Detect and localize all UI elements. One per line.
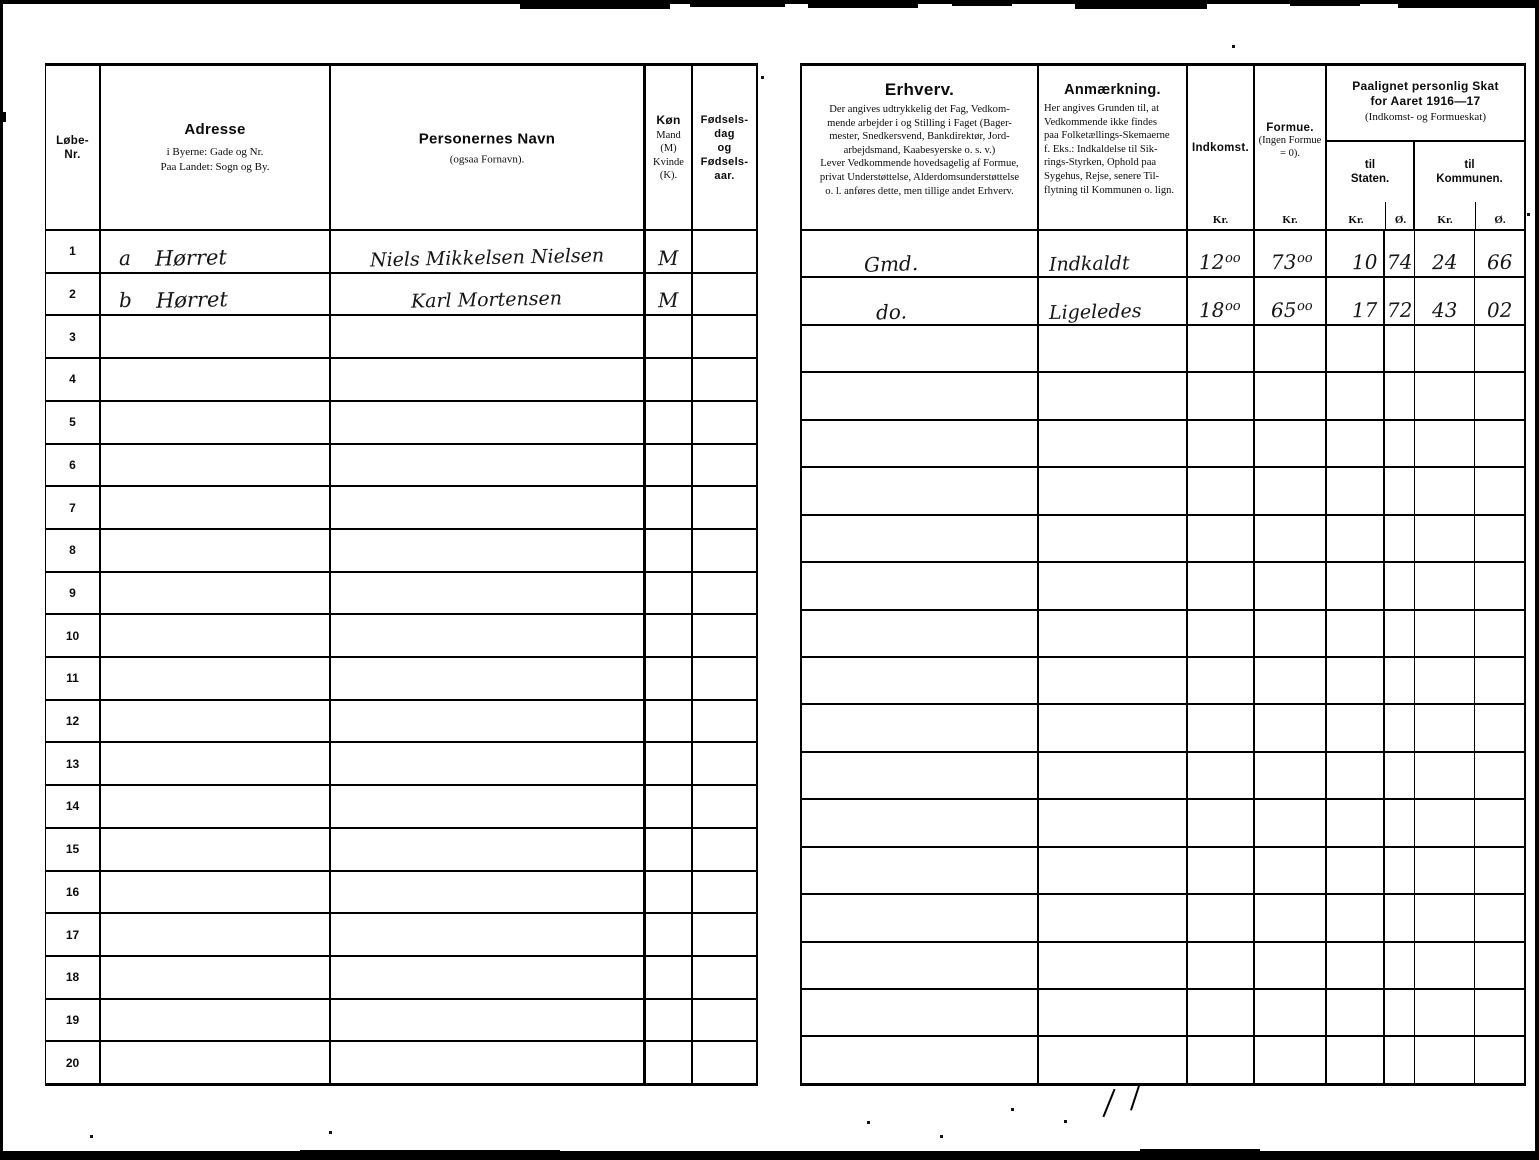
cell-anmaerkning: Ligeledes [1039, 278, 1188, 323]
cell-staten-kr: 10 [1327, 231, 1385, 276]
cell-erhverv [802, 563, 1039, 608]
cell-fodselsdag [693, 487, 756, 528]
cell-fodselsdag [693, 701, 756, 742]
cell-formue [1255, 800, 1327, 845]
cell-erhverv [802, 990, 1039, 1035]
cell-indkomst: 18oo [1188, 278, 1255, 323]
table-row: 5 [46, 402, 756, 445]
cell-indkomst [1188, 800, 1255, 845]
table-row: 20 [46, 1042, 756, 1083]
handwritten-indkomst: 12 [1199, 252, 1225, 273]
cell-formue [1255, 705, 1327, 750]
cell-anmaerkning [1039, 895, 1188, 940]
cell-navn [331, 914, 646, 955]
cell-fodselsdag [693, 402, 756, 443]
cell-fodselsdag [693, 573, 756, 614]
table-row: 14 [46, 786, 756, 829]
cell-kon: M [646, 274, 693, 315]
row-number: 2 [46, 287, 99, 301]
handwritten-formue-zeros: oo [1297, 252, 1313, 265]
cell-navn [331, 402, 646, 443]
cell-formue [1255, 753, 1327, 798]
table-row [802, 611, 1524, 658]
row-number: 17 [46, 928, 99, 942]
cell-kon [646, 1000, 693, 1041]
cell-indkomst [1188, 373, 1255, 418]
cell-staten-ore [1385, 705, 1415, 750]
left-table-body: 1 a Hørret Niels Mikkelsen Nielsen M 2 b… [46, 231, 756, 1083]
scan-edge-artifact [952, 0, 1012, 6]
table-row [802, 421, 1524, 468]
handwritten-kon: M [658, 290, 679, 314]
cell-erhverv [802, 895, 1039, 940]
cell-indkomst [1188, 563, 1255, 608]
cell-staten-kr [1327, 563, 1385, 608]
cell-navn [331, 530, 646, 571]
handwritten-staten-ore: 74 [1387, 252, 1413, 277]
cell-navn [331, 573, 646, 614]
table-row [802, 990, 1524, 1037]
anmaerkning-title: Anmærkning. [1039, 82, 1186, 98]
table-row [802, 1037, 1524, 1082]
cell-formue [1255, 658, 1327, 703]
table-row: 1 a Hørret Niels Mikkelsen Nielsen M [46, 231, 756, 274]
cell-kommunen-ore [1475, 800, 1524, 845]
cell-kommunen-kr [1415, 895, 1475, 940]
cell-staten-ore [1385, 848, 1415, 893]
cell-formue [1255, 468, 1327, 513]
cell-navn [331, 957, 646, 998]
staten-ore-label: Ø. [1385, 202, 1415, 229]
cell-adresse [101, 1042, 331, 1083]
cell-lobe-nr: 15 [46, 829, 101, 870]
cell-lobe-nr: 14 [46, 786, 101, 827]
cell-kommunen-ore [1475, 705, 1524, 750]
table-row [802, 516, 1524, 563]
cell-fodselsdag [693, 1042, 756, 1083]
header-formue: Formue. (Ingen Formue= 0). Kr. [1255, 66, 1327, 229]
left-page-table: Løbe-Nr. Adresse i Byerne: Gade og Nr.Pa… [45, 63, 758, 1086]
cell-staten-ore [1385, 753, 1415, 798]
cell-indkomst [1188, 1037, 1255, 1082]
cell-kommunen-kr [1415, 1037, 1475, 1082]
cell-indkomst [1188, 658, 1255, 703]
cell-kommunen-ore [1475, 468, 1524, 513]
scan-edge-artifact [300, 1150, 560, 1154]
header-paalignet-skat: Paalignet personlig Skatfor Aaret 1916—1… [1327, 66, 1524, 229]
erhverv-title: Erhverv. [802, 80, 1037, 100]
formue-title: Formue. [1255, 122, 1325, 134]
handwritten-anmaerkning: Indkaldt [1049, 255, 1130, 278]
cell-kommunen-kr [1415, 468, 1475, 513]
cell-indkomst: 12oo [1188, 231, 1255, 276]
cell-kommunen-kr [1415, 658, 1475, 703]
scan-edge-artifact [1075, 0, 1207, 9]
table-row: 13 [46, 743, 756, 786]
cell-erhverv [802, 373, 1039, 418]
cell-lobe-nr: 7 [46, 487, 101, 528]
row-number: 20 [46, 1056, 99, 1070]
cell-formue [1255, 421, 1327, 466]
row-number: 14 [46, 799, 99, 813]
table-row: 7 [46, 487, 756, 530]
cell-adresse [101, 829, 331, 870]
handwritten-indkomst-zeros: oo [1225, 300, 1241, 313]
cell-kommunen-kr [1415, 421, 1475, 466]
table-row: 8 [46, 530, 756, 573]
cell-staten-kr [1327, 800, 1385, 845]
cell-kommunen-ore: 66 [1475, 231, 1524, 276]
table-row: 9 [46, 573, 756, 616]
scan-noise-specks [0, 0, 1, 1]
cell-kommunen-ore [1475, 421, 1524, 466]
cell-navn [331, 445, 646, 486]
adresse-title: Adresse [101, 121, 329, 138]
cell-indkomst [1188, 753, 1255, 798]
cell-navn: Niels Mikkelsen Nielsen [331, 231, 646, 272]
cell-anmaerkning [1039, 468, 1188, 513]
table-row: 15 [46, 829, 756, 872]
cell-fodselsdag [693, 786, 756, 827]
header-fodselsdag: Fødsels-dagogFødsels-aar. [693, 66, 756, 229]
cell-navn [331, 487, 646, 528]
row-number: 6 [46, 458, 99, 472]
cell-navn [331, 615, 646, 656]
cell-erhverv [802, 753, 1039, 798]
right-table-header: Erhverv. Der angives udtrykkelig det Fag… [802, 66, 1524, 231]
cell-navn [331, 1000, 646, 1041]
table-row: 17 [46, 914, 756, 957]
cell-kon [646, 1042, 693, 1083]
handwritten-staten-ore: 72 [1387, 300, 1413, 325]
cell-staten-kr [1327, 373, 1385, 418]
cell-kommunen-ore [1475, 326, 1524, 371]
cell-kommunen-kr: 43 [1415, 278, 1475, 323]
cell-formue [1255, 895, 1327, 940]
cell-navn [331, 872, 646, 913]
cell-kommunen-kr [1415, 990, 1475, 1035]
cell-navn [331, 786, 646, 827]
cell-fodselsdag [693, 231, 756, 272]
cell-indkomst [1188, 895, 1255, 940]
cell-anmaerkning [1039, 943, 1188, 988]
cell-kommunen-kr [1415, 611, 1475, 656]
navn-title: Personernes Navn [331, 130, 643, 147]
kommunen-ore-label: Ø. [1475, 202, 1524, 229]
cell-erhverv [802, 658, 1039, 703]
formue-kr-label: Kr. [1255, 214, 1325, 226]
row-number: 9 [46, 586, 99, 600]
header-anmaerkning: Anmærkning. Her angives Grunden til, atV… [1039, 66, 1188, 229]
cell-staten-ore [1385, 800, 1415, 845]
cell-formue: 65oo [1255, 278, 1327, 323]
cell-formue [1255, 611, 1327, 656]
cell-staten-kr [1327, 658, 1385, 703]
cell-erhverv [802, 611, 1039, 656]
paalignet-skat-title-lines: Paalignet personlig Skatfor Aaret 1916—1… [1327, 79, 1524, 109]
handwritten-formue-zeros: oo [1297, 300, 1313, 313]
cell-adresse [101, 957, 331, 998]
table-row: 10 [46, 615, 756, 658]
cell-erhverv: do. [802, 278, 1039, 323]
cell-erhverv: Gmd. [802, 231, 1039, 276]
row-number: 18 [46, 970, 99, 984]
cell-lobe-nr: 17 [46, 914, 101, 955]
scan-pen-smudge [1102, 1089, 1115, 1118]
cell-erhverv [802, 800, 1039, 845]
cell-kommunen-kr [1415, 705, 1475, 750]
row-number: 1 [46, 244, 99, 258]
cell-formue [1255, 516, 1327, 561]
cell-lobe-nr: 19 [46, 1000, 101, 1041]
table-row [802, 895, 1524, 942]
cell-kommunen-kr [1415, 753, 1475, 798]
cell-staten-ore [1385, 895, 1415, 940]
cell-anmaerkning [1039, 990, 1188, 1035]
cell-adresse [101, 487, 331, 528]
cell-adresse: b Hørret [101, 274, 331, 315]
table-row [802, 373, 1524, 420]
cell-kon [646, 530, 693, 571]
cell-kon [646, 615, 693, 656]
cell-adresse [101, 402, 331, 443]
cell-formue [1255, 373, 1327, 418]
cell-adresse [101, 573, 331, 614]
cell-fodselsdag [693, 274, 756, 315]
cell-navn [331, 829, 646, 870]
scan-edge-artifact [1290, 0, 1360, 6]
cell-indkomst [1188, 611, 1255, 656]
cell-lobe-nr: 16 [46, 872, 101, 913]
cell-lobe-nr: 2 [46, 274, 101, 315]
cell-fodselsdag [693, 316, 756, 357]
cell-staten-ore [1385, 373, 1415, 418]
row-number: 8 [46, 543, 99, 557]
cell-anmaerkning [1039, 753, 1188, 798]
cell-kommunen-kr [1415, 326, 1475, 371]
cell-staten-ore [1385, 516, 1415, 561]
cell-adresse [101, 743, 331, 784]
row-number: 7 [46, 501, 99, 515]
cell-navn [331, 316, 646, 357]
cell-formue [1255, 990, 1327, 1035]
handwritten-erhverv: Gmd. [864, 253, 919, 278]
cell-fodselsdag [693, 914, 756, 955]
cell-anmaerkning: Indkaldt [1039, 231, 1188, 276]
cell-navn [331, 359, 646, 400]
handwritten-erhverv: do. [876, 301, 908, 325]
cell-fodselsdag [693, 1000, 756, 1041]
paalignet-skat-title: Paalignet personlig Skatfor Aaret 1916—1… [1327, 66, 1524, 142]
header-erhverv: Erhverv. Der angives udtrykkelig det Fag… [802, 66, 1039, 229]
cell-anmaerkning [1039, 611, 1188, 656]
table-row: 11 [46, 658, 756, 701]
table-row: 6 [46, 445, 756, 488]
cell-kommunen-ore: 02 [1475, 278, 1524, 323]
header-indkomst: Indkomst. Kr. [1188, 66, 1255, 229]
cell-lobe-nr: 11 [46, 658, 101, 699]
table-row [802, 753, 1524, 800]
scan-border-bottom [0, 1151, 1539, 1160]
table-row [802, 658, 1524, 705]
table-row: Gmd. Indkaldt 12oo 73oo 10 74 24 66 [802, 231, 1524, 278]
cell-staten-kr [1327, 753, 1385, 798]
cell-adresse [101, 701, 331, 742]
cell-lobe-nr: 8 [46, 530, 101, 571]
handwritten-indkomst-zeros: oo [1225, 252, 1241, 265]
formue-subtitle: (Ingen Formue= 0). [1255, 134, 1325, 160]
cell-kon [646, 701, 693, 742]
cell-adresse [101, 872, 331, 913]
cell-anmaerkning [1039, 421, 1188, 466]
cell-kommunen-ore [1475, 943, 1524, 988]
cell-indkomst [1188, 848, 1255, 893]
handwritten-formue: 65 [1271, 300, 1297, 321]
cell-indkomst [1188, 516, 1255, 561]
cell-staten-ore [1385, 1037, 1415, 1082]
cell-adresse [101, 316, 331, 357]
cell-adresse [101, 1000, 331, 1041]
cell-adresse: a Hørret [101, 231, 331, 272]
lobe-nr-label: Løbe-Nr. [46, 134, 99, 162]
cell-kommunen-kr [1415, 800, 1475, 845]
right-table-body: Gmd. Indkaldt 12oo 73oo 10 74 24 66 do. … [802, 231, 1524, 1083]
til-staten-label: tilStaten. [1327, 142, 1413, 202]
cell-staten-ore [1385, 611, 1415, 656]
row-number: 11 [46, 671, 99, 685]
cell-anmaerkning [1039, 848, 1188, 893]
cell-indkomst [1188, 705, 1255, 750]
cell-indkomst [1188, 990, 1255, 1035]
cell-lobe-nr: 18 [46, 957, 101, 998]
cell-staten-kr [1327, 468, 1385, 513]
cell-navn [331, 658, 646, 699]
cell-adresse [101, 914, 331, 955]
scan-border-left [0, 0, 3, 1160]
scanned-census-sheet: Løbe-Nr. Adresse i Byerne: Gade og Nr.Pa… [0, 0, 1539, 1160]
cell-anmaerkning [1039, 326, 1188, 371]
cell-staten-kr: 17 [1327, 278, 1385, 323]
cell-staten-kr [1327, 895, 1385, 940]
cell-fodselsdag [693, 615, 756, 656]
cell-anmaerkning [1039, 1037, 1188, 1082]
staten-kr-label: Kr. [1327, 202, 1385, 229]
right-page-table: Erhverv. Der angives udtrykkelig det Fag… [800, 63, 1526, 1086]
handwritten-adresse-letter: a [119, 248, 131, 272]
cell-formue [1255, 563, 1327, 608]
cell-staten-ore [1385, 658, 1415, 703]
row-number: 4 [46, 372, 99, 386]
cell-fodselsdag [693, 743, 756, 784]
cell-adresse [101, 530, 331, 571]
cell-navn [331, 701, 646, 742]
cell-navn [331, 743, 646, 784]
cell-staten-kr [1327, 421, 1385, 466]
cell-fodselsdag [693, 359, 756, 400]
cell-lobe-nr: 1 [46, 231, 101, 272]
table-row: 3 [46, 316, 756, 359]
table-row: 12 [46, 701, 756, 744]
table-row: 16 [46, 872, 756, 915]
row-number: 19 [46, 1013, 99, 1027]
table-row [802, 468, 1524, 515]
cell-kommunen-ore [1475, 373, 1524, 418]
handwritten-staten-kr: 10 [1351, 252, 1377, 277]
handwritten-kommunen-ore: 02 [1487, 300, 1513, 325]
cell-fodselsdag [693, 658, 756, 699]
handwritten-navn: Karl Mortensen [411, 290, 562, 316]
cell-lobe-nr: 4 [46, 359, 101, 400]
cell-kommunen-ore [1475, 516, 1524, 561]
anmaerkning-description: Her angives Grunden til, atVedkommende i… [1039, 102, 1186, 197]
table-row: 19 [46, 1000, 756, 1043]
cell-anmaerkning [1039, 800, 1188, 845]
cell-adresse [101, 359, 331, 400]
cell-formue [1255, 943, 1327, 988]
cell-kon [646, 957, 693, 998]
header-adresse: Adresse i Byerne: Gade og Nr.Paa Landet:… [101, 66, 331, 229]
cell-kommunen-kr [1415, 373, 1475, 418]
row-number: 16 [46, 885, 99, 899]
handwritten-indkomst: 18 [1199, 300, 1225, 321]
cell-kon [646, 658, 693, 699]
header-personernes-navn: Personernes Navn (ogsaa Fornavn). [331, 66, 646, 229]
cell-kon [646, 359, 693, 400]
table-row [802, 563, 1524, 610]
table-row [802, 326, 1524, 373]
cell-anmaerkning [1039, 516, 1188, 561]
handwritten-formue: 73 [1271, 252, 1297, 273]
cell-kommunen-ore [1475, 753, 1524, 798]
cell-kon [646, 487, 693, 528]
cell-staten-ore [1385, 990, 1415, 1035]
cell-kommunen-ore [1475, 990, 1524, 1035]
cell-kommunen-kr [1415, 563, 1475, 608]
cell-formue: 73oo [1255, 231, 1327, 276]
table-row: 4 [46, 359, 756, 402]
cell-lobe-nr: 10 [46, 615, 101, 656]
cell-staten-ore [1385, 326, 1415, 371]
cell-lobe-nr: 3 [46, 316, 101, 357]
kon-subtitle: Mand(M)Kvinde(K). [646, 129, 691, 183]
cell-staten-kr [1327, 611, 1385, 656]
cell-staten-kr [1327, 943, 1385, 988]
table-row: do. Ligeledes 18oo 65oo 17 72 43 02 [802, 278, 1524, 325]
table-row: 18 [46, 957, 756, 1000]
cell-staten-kr [1327, 990, 1385, 1035]
scan-edge-artifact [0, 112, 6, 122]
cell-fodselsdag [693, 829, 756, 870]
cell-staten-ore: 72 [1385, 278, 1415, 323]
cell-staten-ore [1385, 421, 1415, 466]
cell-erhverv [802, 1037, 1039, 1082]
cell-lobe-nr: 12 [46, 701, 101, 742]
cell-lobe-nr: 5 [46, 402, 101, 443]
kommunen-kr-label: Kr. [1415, 202, 1475, 229]
scan-edge-artifact [808, 0, 918, 8]
handwritten-staten-kr: 17 [1351, 300, 1377, 325]
cell-kon [646, 445, 693, 486]
cell-staten-kr [1327, 705, 1385, 750]
cell-kon [646, 402, 693, 443]
scan-edge-artifact [1140, 1149, 1260, 1153]
cell-kon: M [646, 231, 693, 272]
cell-kommunen-ore [1475, 658, 1524, 703]
scan-edge-artifact [1398, 0, 1539, 8]
cell-fodselsdag [693, 957, 756, 998]
til-kommunen-label: tilKommunen. [1415, 142, 1524, 202]
scan-pen-smudge [1130, 1085, 1140, 1110]
